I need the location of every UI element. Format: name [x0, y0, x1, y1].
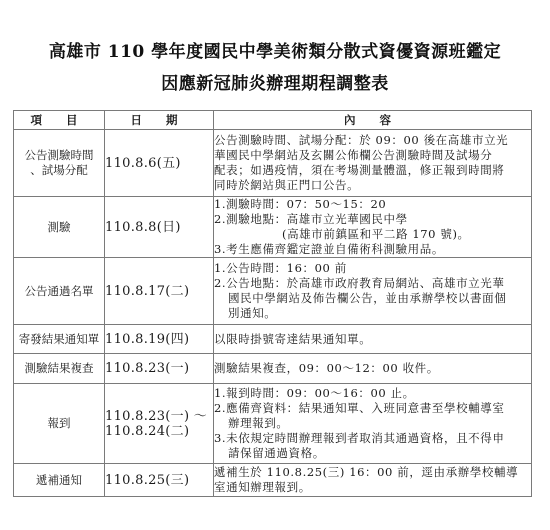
- date-cell: 110.8.17(二): [105, 258, 214, 325]
- table-row: 報到 110.8.23(一) ～ 110.8.24(二) 1.報到時間：09：0…: [14, 384, 532, 464]
- date-text: 110.8.17(二): [105, 284, 213, 299]
- date-text: 110.8.6(五): [105, 156, 213, 171]
- content-text: 2.測驗地點：高雄市立光華國民中學: [214, 212, 531, 227]
- column-header-content: 內 容: [214, 111, 532, 130]
- content-cell: 1.測驗時間：07：50～15：20 2.測驗地點：高雄市立光華國民中學 (高雄…: [214, 197, 532, 258]
- table-row: 測驗結果複查 110.8.23(一) 測驗結果複查，09：00～12：00 收件…: [14, 354, 532, 384]
- table-row: 寄發結果通知單 110.8.19(四) 以限時掛號寄達結果通知單。: [14, 325, 532, 354]
- column-header-date: 日 期: [105, 111, 214, 130]
- table-row: 公告通過名單 110.8.17(二) 1.公告時間：16：00 前 2.公告地點…: [14, 258, 532, 325]
- item-text: 報到: [14, 416, 104, 431]
- date-cell: 110.8.8(日): [105, 197, 214, 258]
- item-cell: 測驗: [14, 197, 105, 258]
- content-text: 3.未依規定時間辦理報到者取消其通過資格，且不得申: [214, 431, 531, 446]
- content-text: 2.公告地點：於高雄市政府教育局網站、高雄市立光華: [214, 276, 531, 291]
- content-text: 1.公告時間：16：00 前: [214, 261, 531, 276]
- content-text: 遞補生於 110.8.25(三) 16：00 前，逕由承辦學校輔導: [214, 465, 531, 480]
- table-row: 公告測驗時間 、試場分配 110.8.6(五) 公告測驗時間、試場分配：於 09…: [14, 130, 532, 197]
- item-cell: 報到: [14, 384, 105, 464]
- content-text: 同時於網站與正門口公告。: [214, 178, 531, 193]
- column-header-item: 項 目: [14, 111, 105, 130]
- item-cell: 寄發結果通知單: [14, 325, 105, 354]
- date-text: 110.8.19(四): [105, 332, 213, 347]
- date-text: 110.8.24(二): [105, 424, 213, 439]
- schedule-table: 項 目 日 期 內 容 公告測驗時間 、試場分配 110.8.6(五) 公告測驗…: [13, 110, 532, 497]
- date-text: 110.8.25(三): [105, 473, 213, 488]
- content-text: 國民中學網站及佈告欄公告，並由承辦學校以書面個: [214, 291, 531, 306]
- table-row: 測驗 110.8.8(日) 1.測驗時間：07：50～15：20 2.測驗地點：…: [14, 197, 532, 258]
- item-cell: 測驗結果複查: [14, 354, 105, 384]
- document-title-line2: 因應新冠肺炎辦理期程調整表: [0, 69, 550, 94]
- content-cell: 遞補生於 110.8.25(三) 16：00 前，逕由承辦學校輔導 室通知辦理報…: [214, 464, 532, 497]
- content-text: 別通知。: [214, 306, 531, 321]
- date-text: 110.8.8(日): [105, 220, 213, 235]
- item-text: 測驗結果複查: [14, 361, 104, 376]
- date-cell: 110.8.23(一) ～ 110.8.24(二): [105, 384, 214, 464]
- item-cell: 遞補通知: [14, 464, 105, 497]
- item-text: 、試場分配: [14, 163, 104, 178]
- item-text: 公告測驗時間: [14, 148, 104, 163]
- date-cell: 110.8.6(五): [105, 130, 214, 197]
- content-cell: 測驗結果複查，09：00～12：00 收件。: [214, 354, 532, 384]
- item-text: 寄發結果通知單: [14, 332, 104, 347]
- date-cell: 110.8.25(三): [105, 464, 214, 497]
- content-text: (高雄市前鎮區和平二路 170 號)。: [214, 227, 531, 242]
- content-text: 測驗結果複查，09：00～12：00 收件。: [214, 361, 531, 376]
- content-cell: 1.公告時間：16：00 前 2.公告地點：於高雄市政府教育局網站、高雄市立光華…: [214, 258, 532, 325]
- item-text: 公告通過名單: [14, 284, 104, 299]
- table-row: 遞補通知 110.8.25(三) 遞補生於 110.8.25(三) 16：00 …: [14, 464, 532, 497]
- item-cell: 公告測驗時間 、試場分配: [14, 130, 105, 197]
- content-cell: 1.報到時間：09：00～16：00 止。 2.應備齊資料：結果通知單、入班同意…: [214, 384, 532, 464]
- content-cell: 以限時掛號寄達結果通知單。: [214, 325, 532, 354]
- content-text: 請保留通過資格。: [214, 446, 531, 461]
- content-text: 華國民中學網站及玄關公佈欄公告測驗時間及試場分: [214, 148, 531, 163]
- table-header-row: 項 目 日 期 內 容: [14, 111, 532, 130]
- item-text: 遞補通知: [14, 473, 104, 488]
- date-cell: 110.8.19(四): [105, 325, 214, 354]
- content-text: 辦理報到。: [214, 416, 531, 431]
- content-cell: 公告測驗時間、試場分配：於 09：00 後在高雄市立光 華國民中學網站及玄關公佈…: [214, 130, 532, 197]
- content-text: 2.應備齊資料：結果通知單、入班同意書至學校輔導室: [214, 401, 531, 416]
- content-text: 配表；如遇疫情，須在考場測量體溫，修正報到時間將: [214, 163, 531, 178]
- date-cell: 110.8.23(一): [105, 354, 214, 384]
- date-text: 110.8.23(一) ～: [105, 409, 213, 424]
- date-text: 110.8.23(一): [105, 361, 213, 376]
- content-text: 3.考生應備齊鑑定證並自備術科測驗用品。: [214, 242, 531, 257]
- item-text: 測驗: [14, 220, 104, 235]
- content-text: 室通知辦理報到。: [214, 480, 531, 495]
- content-text: 1.報到時間：09：00～16：00 止。: [214, 386, 531, 401]
- document-title-line1: 高雄市 110 學年度國民中學美術類分散式資優資源班鑑定: [0, 37, 550, 62]
- item-cell: 公告通過名單: [14, 258, 105, 325]
- content-text: 公告測驗時間、試場分配：於 09：00 後在高雄市立光: [214, 133, 531, 148]
- content-text: 1.測驗時間：07：50～15：20: [214, 197, 531, 212]
- content-text: 以限時掛號寄達結果通知單。: [214, 332, 531, 347]
